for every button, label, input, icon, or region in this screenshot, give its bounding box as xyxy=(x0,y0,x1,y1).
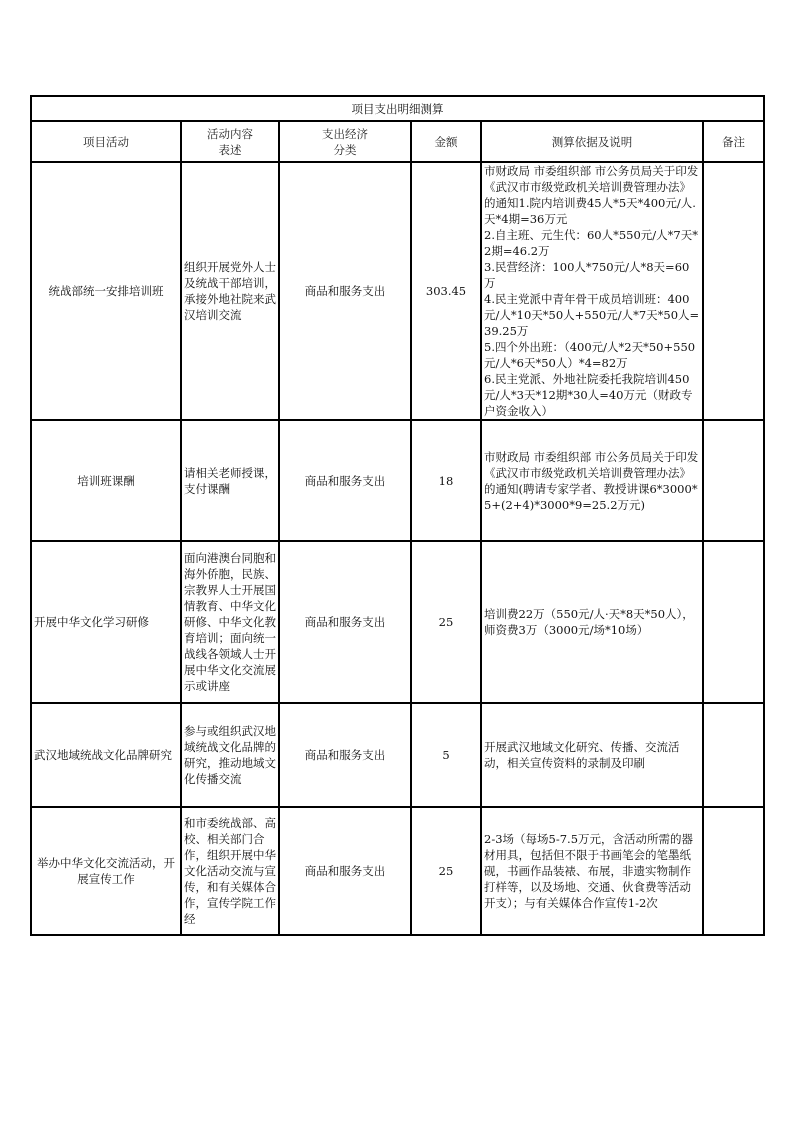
cell-remark xyxy=(703,703,764,807)
header-category: 支出经济 分类 xyxy=(279,121,411,162)
cell-basis: 培训费22万（550元/人·天*8天*50人），师资费3万（3000元/场*10… xyxy=(481,541,703,703)
table-row: 培训班课酬 请相关老师授课，支付课酬 商品和服务支出 18 市财政局 市委组织部… xyxy=(31,420,764,541)
cell-basis: 市财政局 市委组织部 市公务员局关于印发《武汉市市级党政机关培训费管理办法》的通… xyxy=(481,162,703,420)
cell-activity: 举办中华文化交流活动，开展宣传工作 xyxy=(31,807,181,935)
cell-basis: 2-3场（每场5-7.5万元，含活动所需的器材用具，包括但不限于书画笔会的笔墨纸… xyxy=(481,807,703,935)
header-amount: 金额 xyxy=(411,121,481,162)
cell-basis: 开展武汉地域文化研究、传播、交流活动，相关宣传资料的录制及印刷 xyxy=(481,703,703,807)
cell-amount: 303.45 xyxy=(411,162,481,420)
cell-content: 参与或组织武汉地域统战文化品牌的研究，推动地域文化传播交流 xyxy=(181,703,279,807)
cell-remark xyxy=(703,541,764,703)
cell-amount: 25 xyxy=(411,807,481,935)
cell-amount: 25 xyxy=(411,541,481,703)
cell-content: 组织开展党外人士及统战干部培训，承接外地社院来武汉培训交流 xyxy=(181,162,279,420)
cell-content-text: 和市委统战部、高校、相关部门合作，组织开展中华文化活动交流与宣传，和有关媒体合作… xyxy=(184,815,276,927)
cell-activity: 统战部统一安排培训班 xyxy=(31,162,181,420)
budget-document: 项目支出明细测算 项目活动 活动内容 表述 支出经济 分类 金额 测算依据及说明… xyxy=(30,95,763,936)
table-title: 项目支出明细测算 xyxy=(31,96,764,121)
cell-amount: 5 xyxy=(411,703,481,807)
cell-category: 商品和服务支出 xyxy=(279,541,411,703)
table-row: 武汉地域统战文化品牌研究 参与或组织武汉地域统战文化品牌的研究，推动地域文化传播… xyxy=(31,703,764,807)
header-basis: 测算依据及说明 xyxy=(481,121,703,162)
cell-activity: 武汉地域统战文化品牌研究 xyxy=(31,703,181,807)
cell-remark xyxy=(703,162,764,420)
cell-activity: 培训班课酬 xyxy=(31,420,181,541)
cell-content: 面向港澳台同胞和海外侨胞，民族、宗教界人士开展国情教育、中华文化研修、中华文化教… xyxy=(181,541,279,703)
cell-basis: 市财政局 市委组织部 市公务员局关于印发《武汉市市级党政机关培训费管理办法》的通… xyxy=(481,420,703,541)
cell-amount: 18 xyxy=(411,420,481,541)
cell-content: 请相关老师授课，支付课酬 xyxy=(181,420,279,541)
table-title-row: 项目支出明细测算 xyxy=(31,96,764,121)
cell-content: 和市委统战部、高校、相关部门合作，组织开展中华文化活动交流与宣传，和有关媒体合作… xyxy=(181,807,279,935)
cell-category: 商品和服务支出 xyxy=(279,420,411,541)
cell-category: 商品和服务支出 xyxy=(279,703,411,807)
table-row: 开展中华文化学习研修 面向港澳台同胞和海外侨胞，民族、宗教界人士开展国情教育、中… xyxy=(31,541,764,703)
header-remark: 备注 xyxy=(703,121,764,162)
cell-category: 商品和服务支出 xyxy=(279,162,411,420)
cell-activity: 开展中华文化学习研修 xyxy=(31,541,181,703)
table-row: 统战部统一安排培训班 组织开展党外人士及统战干部培训，承接外地社院来武汉培训交流… xyxy=(31,162,764,420)
cell-remark xyxy=(703,420,764,541)
header-content: 活动内容 表述 xyxy=(181,121,279,162)
expenditure-detail-table: 项目支出明细测算 项目活动 活动内容 表述 支出经济 分类 金额 测算依据及说明… xyxy=(30,95,765,936)
header-activity: 项目活动 xyxy=(31,121,181,162)
cell-category: 商品和服务支出 xyxy=(279,807,411,935)
table-row: 举办中华文化交流活动，开展宣传工作 和市委统战部、高校、相关部门合作，组织开展中… xyxy=(31,807,764,935)
cell-remark xyxy=(703,807,764,935)
table-header-row: 项目活动 活动内容 表述 支出经济 分类 金额 测算依据及说明 备注 xyxy=(31,121,764,162)
